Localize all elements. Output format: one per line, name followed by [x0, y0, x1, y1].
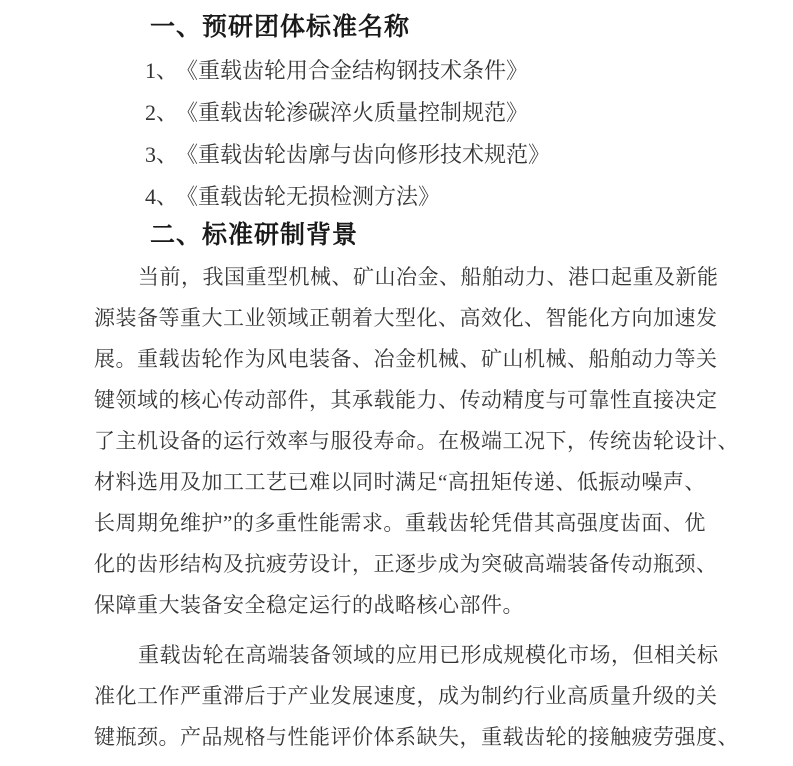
text-line: 展。重载齿轮作为风电装备、冶金机械、矿山机械、船舶动力等关	[94, 339, 739, 380]
section-heading-pre-research-standards: 一、预研团体标准名称	[150, 12, 410, 42]
standard-item: 3、《重载齿轮齿廓与齿向修形技术规范》	[145, 134, 550, 176]
standard-item-number: 1、	[145, 58, 178, 83]
standard-item: 4、《重载齿轮无损检测方法》	[145, 176, 550, 218]
standard-item-title: 《重载齿轮用合金结构钢技术条件》	[187, 58, 528, 83]
text-line: 键领域的核心传动部件，其承载能力、传动精度与可靠性直接决定	[94, 380, 739, 421]
document-page: 一、预研团体标准名称 1、《重载齿轮用合金结构钢技术条件》2、《重载齿轮渗碳淬火…	[0, 0, 793, 766]
text-line: 保障重大装备安全稳定运行的战略核心部件。	[94, 585, 739, 626]
standard-item: 1、《重载齿轮用合金结构钢技术条件》	[145, 50, 550, 92]
text-line: 准化工作严重滞后于产业发展速度，成为制约行业高质量升级的关	[94, 676, 739, 717]
standard-item-title: 《重载齿轮无损检测方法》	[187, 184, 440, 209]
text-line: 键瓶颈。产品规格与性能评价体系缺失，重载齿轮的接触疲劳强度、	[94, 717, 739, 758]
standard-item-number: 4、	[145, 184, 178, 209]
pre-research-standard-list: 1、《重载齿轮用合金结构钢技术条件》2、《重载齿轮渗碳淬火质量控制规范》3、《重…	[145, 50, 550, 218]
text-line: 源装备等重大工业领域正朝着大型化、高效化、智能化方向加速发	[94, 298, 739, 339]
text-line: 长周期免维护”的多重性能需求。重载齿轮凭借其高强度齿面、优	[94, 503, 739, 544]
standard-item-title: 《重载齿轮齿廓与齿向修形技术规范》	[187, 142, 550, 167]
text-line: 了主机设备的运行效率与服役寿命。在极端工况下，传统齿轮设计、	[94, 421, 739, 462]
standard-item-number: 3、	[145, 142, 178, 167]
text-line: 重载齿轮在高端装备领域的应用已形成规模化市场，但相关标	[94, 635, 739, 676]
background-paragraph-1: 当前，我国重型机械、矿山冶金、船舶动力、港口起重及新能源装备等重大工业领域正朝着…	[94, 257, 739, 626]
standard-item-number: 2、	[145, 100, 178, 125]
section-heading-development-background: 二、标准研制背景	[150, 220, 358, 250]
standard-item-title: 《重载齿轮渗碳淬火质量控制规范》	[187, 100, 528, 125]
standard-item: 2、《重载齿轮渗碳淬火质量控制规范》	[145, 92, 550, 134]
background-paragraph-2: 重载齿轮在高端装备领域的应用已形成规模化市场，但相关标准化工作严重滞后于产业发展…	[94, 635, 739, 758]
text-line: 材料选用及加工工艺已难以同时满足“高扭矩传递、低振动噪声、	[94, 462, 739, 503]
text-line: 当前，我国重型机械、矿山冶金、船舶动力、港口起重及新能	[94, 257, 739, 298]
text-line: 化的齿形结构及抗疲劳设计，正逐步成为突破高端装备传动瓶颈、	[94, 544, 739, 585]
